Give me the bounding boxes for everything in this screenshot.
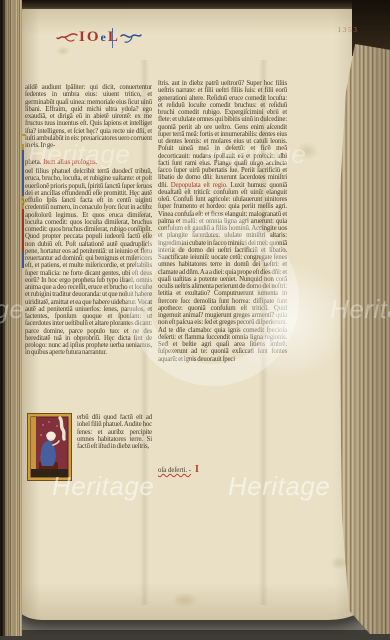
header-letter: I [79,30,86,45]
joel-red-verse: Depopulata eſt regio. [171,182,228,189]
book-bottom-shadow [0,630,390,640]
watermark-text: Heritage [52,471,154,502]
parchment-stain [172,592,198,608]
manuscript-photo: I O e L 1353 aiſdē audiunt ſpāliter: qui… [0,0,390,640]
chapter-mark: I [191,464,199,475]
watermark-text: Heritage [0,294,24,325]
pen-flourish-icon [56,31,78,43]
header-letter: e [101,31,107,43]
header-letter: L [108,30,119,45]
last-line-text: oſa deſerti. - [158,467,191,474]
fore-edge-page-stack [340,44,390,634]
watermark-text: Heritage [228,471,330,502]
watermark-text: Heritage [204,139,306,170]
folio-number: 1353 [332,25,364,34]
header-letter: O [87,30,100,45]
joel-text-segment: ſtris. aut in diebz patrū ueſtrorū? Supe… [158,80,287,189]
pen-flourish-icon [120,31,142,44]
watermark-text: Heritage [28,139,130,170]
running-header: I O e L [56,26,176,48]
pen-flourish-line [112,28,113,48]
watermark-text: Heritage [330,294,390,325]
